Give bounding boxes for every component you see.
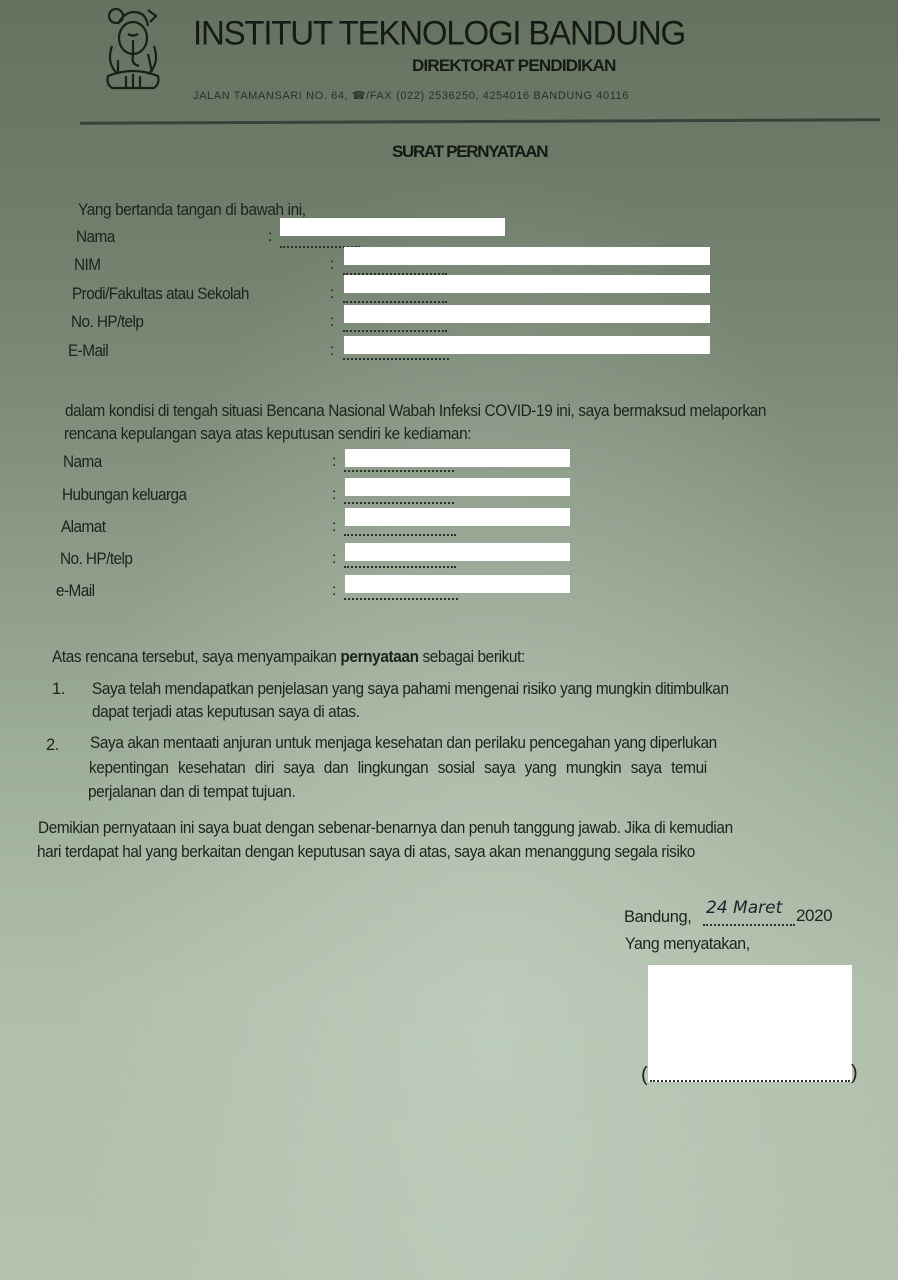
dotted-line bbox=[344, 566, 456, 568]
redacted-family-phone bbox=[345, 543, 570, 561]
intro-text: Yang bertanda tangan di bawah ini, bbox=[78, 201, 306, 220]
colon: : bbox=[332, 486, 336, 504]
colon: : bbox=[332, 453, 336, 471]
dotted-line bbox=[343, 358, 449, 360]
dotted-line bbox=[343, 301, 447, 303]
statement-1-line-1: Saya telah mendapatkan penjelasan yang s… bbox=[92, 680, 729, 699]
field-label-phone: No. HP/telp bbox=[71, 313, 143, 332]
paragraph-1-line-1: dalam kondisi di tengah situasi Bencana … bbox=[65, 402, 766, 421]
redacted-family-email bbox=[345, 575, 570, 593]
year: 2020 bbox=[796, 906, 832, 926]
family-label-relation: Hubungan keluarga bbox=[62, 486, 186, 505]
statement-intro: Atas rencana tersebut, saya menyampaikan… bbox=[52, 648, 525, 667]
statement-2-line-2: kepentingan kesehatan diri saya dan ling… bbox=[89, 759, 707, 778]
dotted-line bbox=[344, 534, 456, 536]
field-label-nama: Nama bbox=[76, 228, 115, 247]
colon: : bbox=[330, 256, 334, 274]
signature-dotted-line bbox=[650, 1080, 850, 1082]
redacted-nim bbox=[344, 247, 710, 265]
colon: : bbox=[332, 518, 336, 536]
header-divider bbox=[80, 118, 880, 124]
redacted-relation bbox=[345, 478, 570, 496]
directorate-name: DIREKTORAT PENDIDIKAN bbox=[412, 56, 616, 76]
dotted-line bbox=[344, 502, 454, 504]
institution-name: INSTITUT TEKNOLOGI BANDUNG bbox=[193, 13, 685, 53]
closing-line-2: hari terdapat hal yang berkaitan dengan … bbox=[37, 843, 695, 862]
dotted-line bbox=[344, 598, 458, 600]
statement-number: 2. bbox=[46, 736, 59, 755]
redacted-signer-name bbox=[280, 218, 505, 236]
colon: : bbox=[268, 228, 272, 246]
field-label-prodi: Prodi/Fakultas atau Sekolah bbox=[72, 285, 249, 304]
family-label-email: e-Mail bbox=[56, 582, 94, 601]
closing-line-1: Demikian pernyataan ini saya buat dengan… bbox=[38, 819, 733, 838]
itb-ganesha-logo-icon bbox=[104, 4, 162, 94]
place-label: Bandung, bbox=[624, 908, 691, 927]
field-label-nim: NIM bbox=[74, 256, 100, 275]
signature-open-paren: ( bbox=[641, 1064, 647, 1087]
institution-address: JALAN TAMANSARI NO. 64, ☎/FAX (022) 2536… bbox=[193, 89, 629, 102]
redacted-email bbox=[344, 336, 710, 354]
statement-number: 1. bbox=[52, 680, 65, 699]
colon: : bbox=[330, 285, 334, 303]
dotted-line bbox=[343, 330, 447, 332]
document-title: SURAT PERNYATAAN bbox=[392, 142, 547, 162]
redacted-address bbox=[345, 508, 570, 526]
statement-2-line-3: perjalanan dan di tempat tujuan. bbox=[88, 783, 295, 802]
family-label-address: Alamat bbox=[61, 518, 105, 537]
statement-2-line-1: Saya akan mentaati anjuran untuk menjaga… bbox=[90, 734, 717, 753]
family-label-nama: Nama bbox=[63, 453, 102, 472]
colon: : bbox=[332, 550, 336, 568]
dotted-line bbox=[344, 470, 454, 472]
signature-close-paren: ) bbox=[851, 1062, 857, 1085]
paragraph-1-line-2: rencana kepulangan saya atas keputusan s… bbox=[64, 425, 471, 444]
redacted-prodi bbox=[344, 275, 710, 293]
date-dotted-line bbox=[703, 924, 795, 926]
colon: : bbox=[330, 342, 334, 360]
redacted-signature bbox=[648, 965, 852, 1082]
handwritten-date: 24 Maret bbox=[706, 898, 782, 918]
redacted-phone bbox=[344, 305, 710, 323]
colon: : bbox=[330, 313, 334, 331]
signoff-text: Yang menyatakan, bbox=[625, 934, 750, 954]
family-label-phone: No. HP/telp bbox=[60, 550, 132, 569]
redacted-family-name bbox=[345, 449, 570, 467]
statement-1-line-2: dapat terjadi atas keputusan saya di ata… bbox=[92, 703, 360, 722]
field-label-email: E-Mail bbox=[68, 342, 108, 361]
colon: : bbox=[332, 582, 336, 600]
